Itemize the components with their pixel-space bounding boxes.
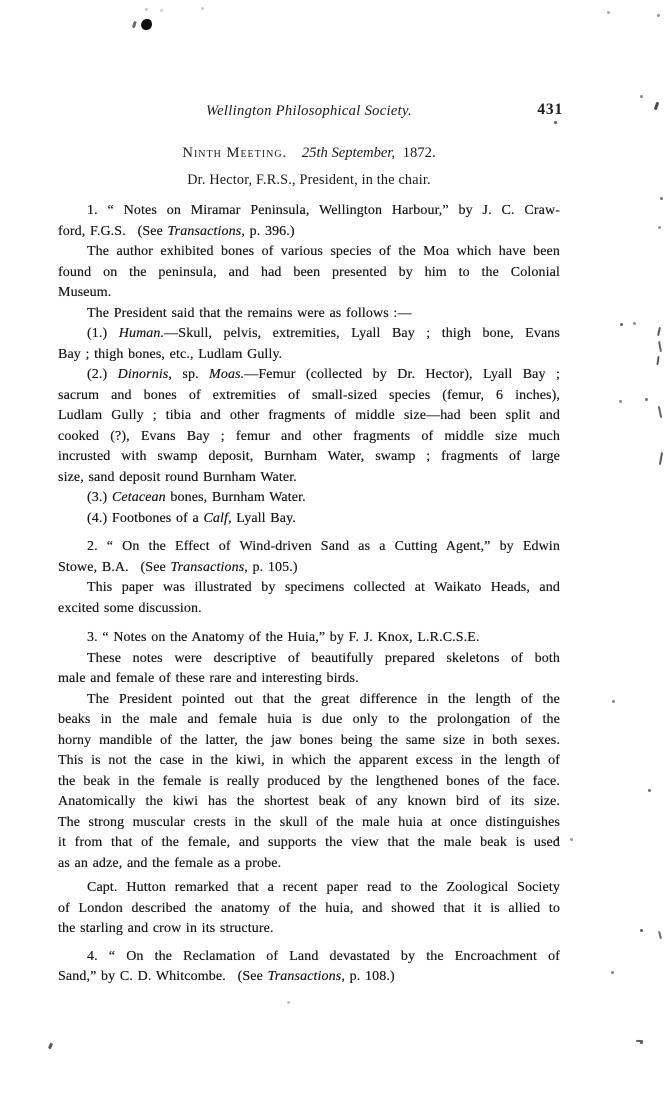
body-text: 1. “ Notes on Miramar Peninsula, Welling…	[58, 201, 560, 988]
ink-speck	[0, 0, 3, 3]
ink-speck	[654, 102, 660, 111]
text-line: Sand,” by C. D. Whitcombe. (See Transact…	[58, 967, 560, 988]
text-line: The President said that the remains were…	[58, 304, 560, 325]
ink-speck	[636, 1040, 643, 1042]
text-line: male and female of these rare and intere…	[58, 669, 560, 690]
paragraph: 2. “ On the Effect of Wind-driven Sand a…	[58, 537, 560, 578]
text-line: (2.) Dinornis, sp. Moas.—Femur (collecte…	[58, 365, 560, 386]
meeting-year: 1872.	[403, 145, 436, 161]
text-line: 2. “ On the Effect of Wind-driven Sand a…	[58, 537, 560, 558]
text-line: Ludlam Gully ; tibia and other fragments…	[58, 406, 560, 427]
text-line: of London described the anatomy of the h…	[58, 899, 560, 920]
page-number: 431	[537, 101, 563, 119]
meeting-heading: Ninth Meeting. 25th September, 1872.	[58, 145, 560, 162]
text-line: the starling and crow in its structure.	[58, 919, 560, 940]
text-column: Wellington Philosophical Society. 431 Ni…	[58, 103, 560, 988]
text-line: cooked (?), Evans Bay ; femur and other …	[58, 427, 560, 448]
text-line: found on the peninsula, and had been pre…	[58, 263, 560, 284]
text-line: 3. “ Notes on the Anatomy of the Huia,” …	[58, 628, 560, 649]
text-line: Anatomically the kiwi has the shortest b…	[58, 792, 560, 813]
text-line: These notes were descriptive of beautifu…	[58, 649, 560, 670]
text-line: it from that of the female, and supports…	[58, 833, 560, 854]
text-line: ford, F.G.S. (See Transactions, p. 396.)	[58, 222, 560, 243]
text-line: This paper was illustrated by specimens …	[58, 578, 560, 599]
ink-speck	[658, 341, 662, 352]
ink-blob	[140, 18, 153, 31]
text-line: (4.) Footbones of a Calf, Lyall Bay.	[58, 509, 560, 530]
text-line: Museum.	[58, 283, 560, 304]
running-header: Wellington Philosophical Society. 431	[58, 103, 560, 119]
text-line: size, sand deposit round Burnham Water.	[58, 468, 560, 489]
text-line: the beak in the female is really produce…	[58, 772, 560, 793]
text-line: as an adze, and the female as a probe.	[58, 854, 560, 875]
paragraph: (1.) Human.—Skull, pelvis, extremities, …	[58, 324, 560, 365]
document-page: Wellington Philosophical Society. 431 Ni…	[0, 0, 666, 1100]
text-line: incrusted with swamp deposit, Burnham Wa…	[58, 447, 560, 468]
text-line: sacrum and bones of extremities of small…	[58, 386, 560, 407]
text-line: This is not the case in the kiwi, in whi…	[58, 751, 560, 772]
ink-speck	[656, 356, 659, 365]
paragraph: These notes were descriptive of beautifu…	[58, 649, 560, 690]
text-line: 4. “ On the Reclamation of Land devastat…	[58, 947, 560, 968]
meeting-date: 25th September,	[302, 145, 395, 161]
chair-line: Dr. Hector, F.R.S., President, in the ch…	[58, 172, 560, 189]
paragraph: This paper was illustrated by specimens …	[58, 578, 560, 619]
text-line: Bay ; thigh bones, etc., Ludlam Gully.	[58, 345, 560, 366]
text-line: Stowe, B.A. (See Transactions, p. 105.)	[58, 558, 560, 579]
text-line: beaks in the male and female huia is due…	[58, 710, 560, 731]
paragraph: The President pointed out that the great…	[58, 690, 560, 875]
paragraph: The President said that the remains were…	[58, 304, 560, 325]
ink-speck	[658, 406, 662, 418]
paragraph: 4. “ On the Reclamation of Land devastat…	[58, 947, 560, 988]
paragraph: (2.) Dinornis, sp. Moas.—Femur (collecte…	[58, 365, 560, 488]
text-line: The President pointed out that the great…	[58, 690, 560, 711]
meeting-name: Ninth Meeting.	[182, 145, 287, 161]
running-title: Wellington Philosophical Society.	[58, 103, 560, 120]
paragraph: The author exhibited bones of various sp…	[58, 242, 560, 304]
paragraph: 1. “ Notes on Miramar Peninsula, Welling…	[58, 201, 560, 242]
ink-speck	[658, 931, 662, 939]
text-line: (1.) Human.—Skull, pelvis, extremities, …	[58, 324, 560, 345]
paragraph: (3.) Cetacean bones, Burnham Water.	[58, 488, 560, 509]
text-line: (3.) Cetacean bones, Burnham Water.	[58, 488, 560, 509]
text-line: Capt. Hutton remarked that a recent pape…	[58, 878, 560, 899]
text-line: horny mandible of the latter, the jaw bo…	[58, 731, 560, 752]
paragraph: 3. “ Notes on the Anatomy of the Huia,” …	[58, 628, 560, 649]
ink-speck	[657, 327, 661, 336]
text-line: excited some discussion.	[58, 599, 560, 620]
ink-speck	[48, 1043, 53, 1050]
text-line: The strong muscular crests in the skull …	[58, 813, 560, 834]
text-line: 1. “ Notes on Miramar Peninsula, Welling…	[58, 201, 560, 222]
paragraph: (4.) Footbones of a Calf, Lyall Bay.	[58, 509, 560, 530]
text-line: The author exhibited bones of various sp…	[58, 242, 560, 263]
paragraph: Capt. Hutton remarked that a recent pape…	[58, 878, 560, 940]
ink-speck	[659, 452, 663, 465]
